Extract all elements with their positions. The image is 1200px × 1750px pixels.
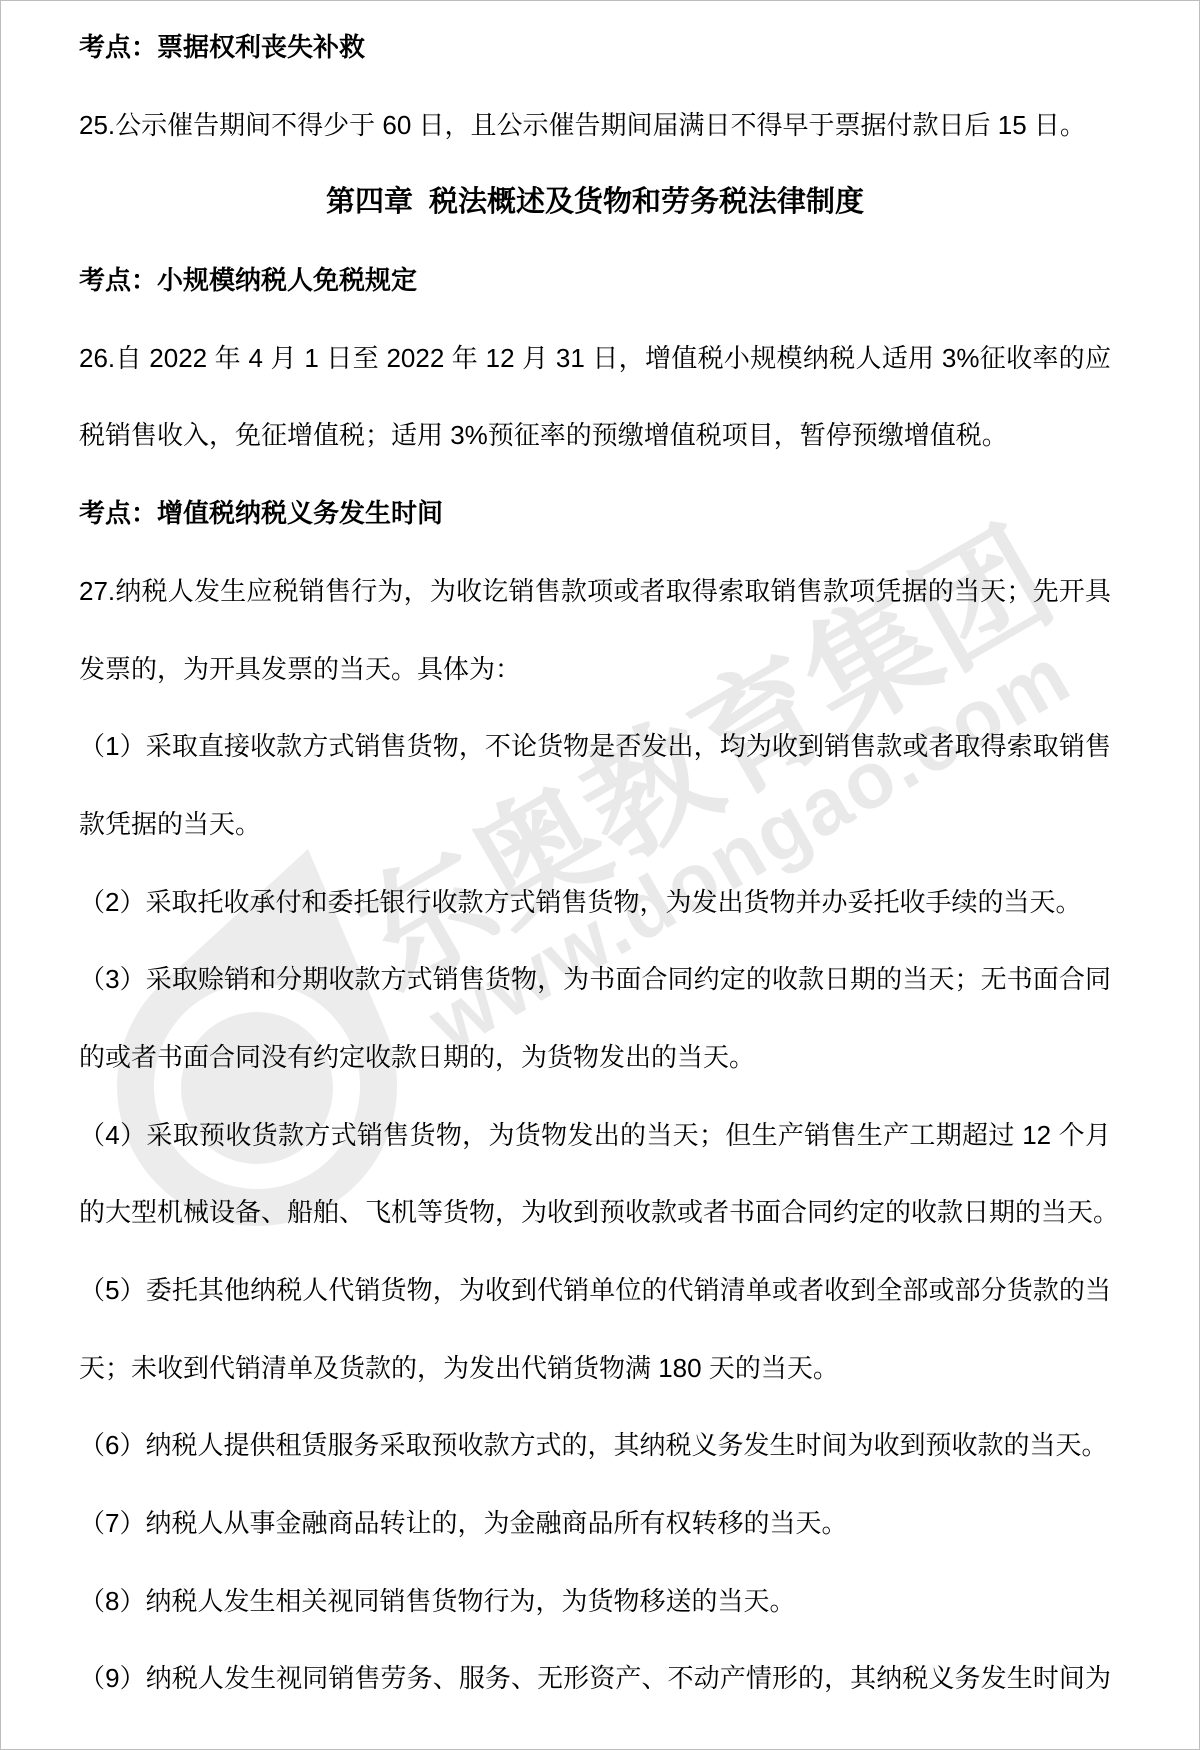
list-item-line: （9）纳税人发生视同销售劳务、服务、无形资产、不动产情形的，其纳税义务发生时间为 (79, 1640, 1111, 1718)
list-item-line: （2）采取托收承付和委托银行收款方式销售货物，为发出货物并办妥托收手续的当天。 (79, 864, 1111, 942)
list-item-line: 的大型机械设备、船舶、飞机等货物，为收到预收款或者书面合同约定的收款日期的当天。 (79, 1174, 1111, 1252)
paragraph-line: 27.纳税人发生应税销售行为，为收讫销售款项或者取得索取销售款项凭据的当天；先开… (79, 553, 1111, 631)
list-item-line: （6）纳税人提供租赁服务采取预收款方式的，其纳税义务发生时间为收到预收款的当天。 (79, 1407, 1111, 1485)
chapter-heading: 第四章 税法概述及货物和劳务税法律制度 (79, 164, 1111, 242)
list-item-line: 款凭据的当天。 (79, 786, 1111, 864)
paragraph-line: 税销售收入，免征增值税；适用 3%预征率的预缴增值税项目，暂停预缴增值税。 (79, 397, 1111, 475)
list-item-line: （4）采取预收货款方式销售货物，为货物发出的当天；但生产销售生产工期超过 12 … (79, 1097, 1111, 1175)
list-item-line: 天；未收到代销清单及货款的，为发出代销货物满 180 天的当天。 (79, 1330, 1111, 1408)
topic-heading: 考点：票据权利丧失补救 (79, 9, 1111, 87)
topic-heading: 考点：增值税纳税义务发生时间 (79, 475, 1111, 553)
paragraph-line: 26.自 2022 年 4 月 1 日至 2022 年 12 月 31 日，增值… (79, 320, 1111, 398)
list-item-line: （5）委托其他纳税人代销货物，为收到代销单位的代销清单或者收到全部或部分货款的当 (79, 1252, 1111, 1330)
list-item-line: （3）采取赊销和分期收款方式销售货物，为书面合同约定的收款日期的当天；无书面合同 (79, 941, 1111, 1019)
list-item-line: （8）纳税人发生相关视同销售货物行为，为货物移送的当天。 (79, 1563, 1111, 1641)
topic-heading: 考点：小规模纳税人免税规定 (79, 242, 1111, 320)
list-item-line: （1）采取直接收款方式销售货物，不论货物是否发出，均为收到销售款或者取得索取销售 (79, 708, 1111, 786)
list-item-line: （7）纳税人从事金融商品转让的，为金融商品所有权转移的当天。 (79, 1485, 1111, 1563)
document-page: 考点：票据权利丧失补救 25.公示催告期间不得少于 60 日，且公示催告期间届满… (79, 9, 1111, 1718)
paragraph-line: 发票的，为开具发票的当天。具体为： (79, 631, 1111, 709)
paragraph-line: 25.公示催告期间不得少于 60 日，且公示催告期间届满日不得早于票据付款日后 … (79, 87, 1111, 165)
list-item-line: 的或者书面合同没有约定收款日期的，为货物发出的当天。 (79, 1019, 1111, 1097)
